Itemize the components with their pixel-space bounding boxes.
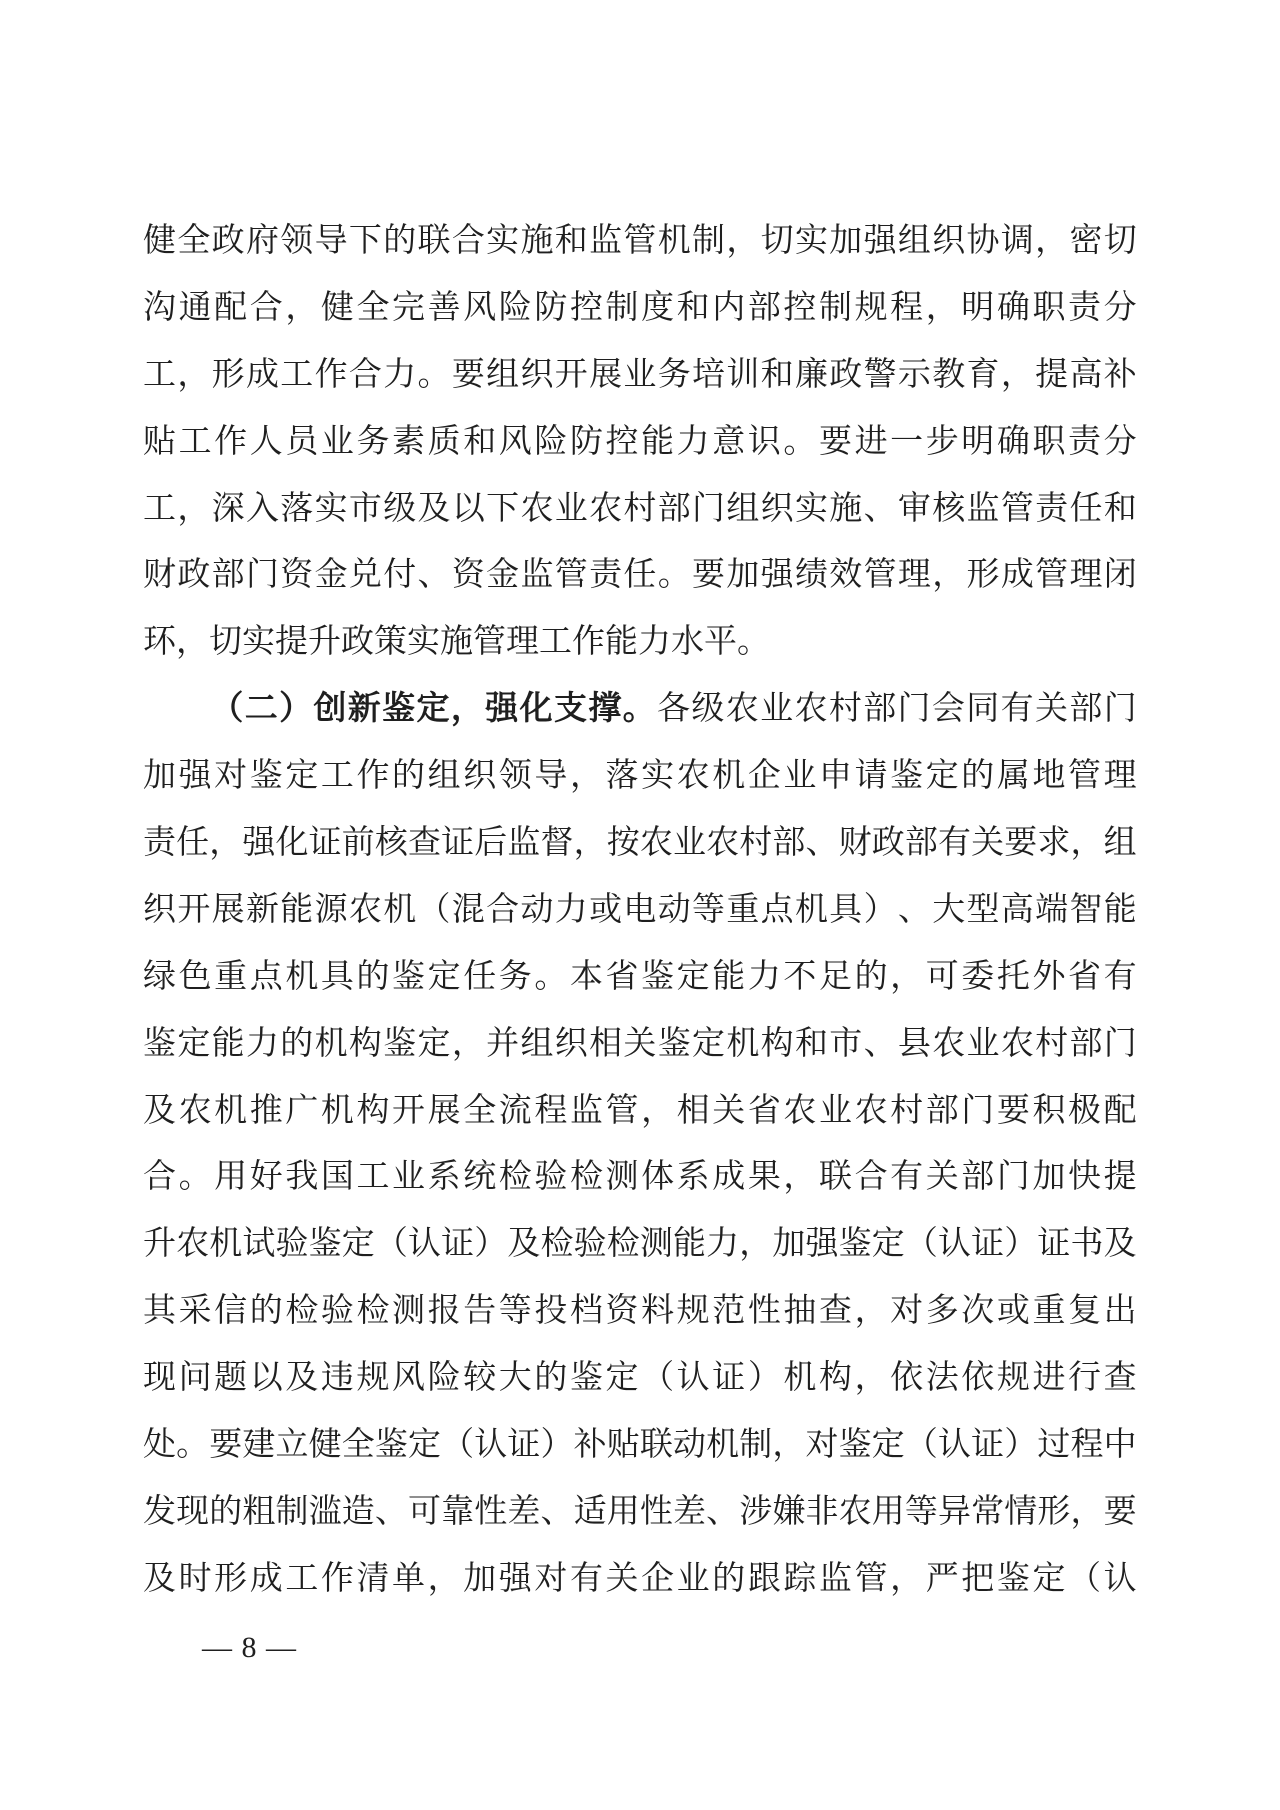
text-line: 及时形成工作清单，加强对有关企业的跟踪监管，严把鉴定（认	[143, 1542, 1137, 1609]
text-line: 财政部门资金兑付、资金监管责任。要加强绩效管理，形成管理闭	[143, 538, 1137, 605]
document-page: 健全政府领导下的联合实施和监管机制，切实加强组织协调，密切沟通配合，健全完善风险…	[0, 0, 1280, 1810]
text-line: 工，深入落实市级及以下农业农村部门组织实施、审核监管责任和	[143, 472, 1137, 539]
text-line: 及农机推广机构开展全流程监管，相关省农业农村部门要积极配	[143, 1074, 1137, 1141]
text-line: （二）创新鉴定，强化支撑。各级农业农村部门会同有关部门	[143, 672, 1137, 739]
text-line: 合。用好我国工业系统检验检测体系成果，联合有关部门加快提	[143, 1140, 1137, 1207]
text-line: 沟通配合，健全完善风险防控制度和内部控制规程，明确职责分	[143, 271, 1137, 338]
text-line: 责任，强化证前核查证后监督，按农业农村部、财政部有关要求，组	[143, 806, 1137, 873]
text-line: 环，切实提升政策实施管理工作能力水平。	[143, 605, 1137, 672]
text-line: 加强对鉴定工作的组织领导，落实农机企业申请鉴定的属地管理	[143, 739, 1137, 806]
text-line: 工，形成工作合力。要组织开展业务培训和廉政警示教育，提高补	[143, 338, 1137, 405]
document-body: 健全政府领导下的联合实施和监管机制，切实加强组织协调，密切沟通配合，健全完善风险…	[143, 204, 1137, 1609]
text-line: 贴工作人员业务素质和风险防控能力意识。要进一步明确职责分	[143, 405, 1137, 472]
text-line: 鉴定能力的机构鉴定，并组织相关鉴定机构和市、县农业农村部门	[143, 1007, 1137, 1074]
text-line: 绿色重点机具的鉴定任务。本省鉴定能力不足的，可委托外省有	[143, 940, 1137, 1007]
text-line: 现问题以及违规风险较大的鉴定（认证）机构，依法依规进行查	[143, 1341, 1137, 1408]
text-line: 升农机试验鉴定（认证）及检验检测能力，加强鉴定（认证）证书及	[143, 1207, 1137, 1274]
text-line: 其采信的检验检测报告等投档资料规范性抽查，对多次或重复出	[143, 1274, 1137, 1341]
page-number: — 8 —	[202, 1626, 297, 1670]
text-line: 健全政府领导下的联合实施和监管机制，切实加强组织协调，密切	[143, 204, 1137, 271]
text-line: 处。要建立健全鉴定（认证）补贴联动机制，对鉴定（认证）过程中	[143, 1408, 1137, 1475]
text-line: 织开展新能源农机（混合动力或电动等重点机具）、大型高端智能	[143, 873, 1137, 940]
text-line: 发现的粗制滥造、可靠性差、适用性差、涉嫌非农用等异常情形，要	[143, 1475, 1137, 1542]
